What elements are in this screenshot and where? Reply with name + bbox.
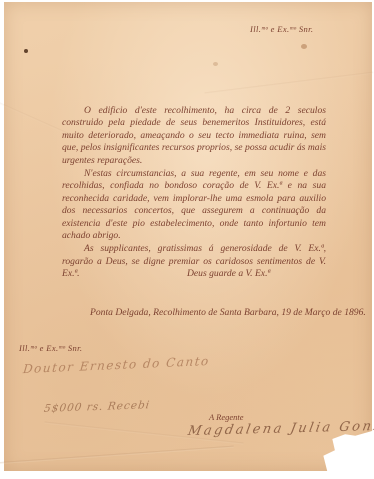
body-paragraph: N'estas circumstancias, a sua regente, e… (62, 168, 326, 242)
paper-crease (0, 446, 234, 465)
stain-spot (213, 62, 218, 66)
body-paragraph: O edificio d'este recolhimento, ha circa… (62, 105, 326, 167)
stain-spot (301, 44, 307, 49)
valediction: Deus guarde a V. Ex.ª (187, 268, 270, 279)
donation-amount-note: 5$000 rs. Recebi (43, 399, 151, 415)
top-salutation: Ill.ᵐᵒ e Ex.ᵐᵒ Snr. (250, 24, 313, 34)
dateline: Ponta Delgada, Recolhimento de Santa Bar… (90, 307, 366, 318)
signature-title: A Regente (209, 412, 244, 422)
addressee-salutation: Ill.ᵐᵒ e Ex.ᵐᵒ Snr. (19, 343, 82, 353)
letter-body: O edificio d'este recolhimento, ha circa… (62, 105, 326, 282)
scanned-letter: Ill.ᵐᵒ e Ex.ᵐᵒ Snr. O edificio d'este re… (0, 0, 374, 479)
torn-corner (308, 431, 372, 471)
ink-spot (24, 49, 28, 53)
addressee-name-handwritten: Doutor Ernesto do Canto (22, 354, 210, 376)
letter-paper: Ill.ᵐᵒ e Ex.ᵐᵒ Snr. O edificio d'este re… (4, 2, 372, 471)
paper-crease (205, 72, 374, 95)
